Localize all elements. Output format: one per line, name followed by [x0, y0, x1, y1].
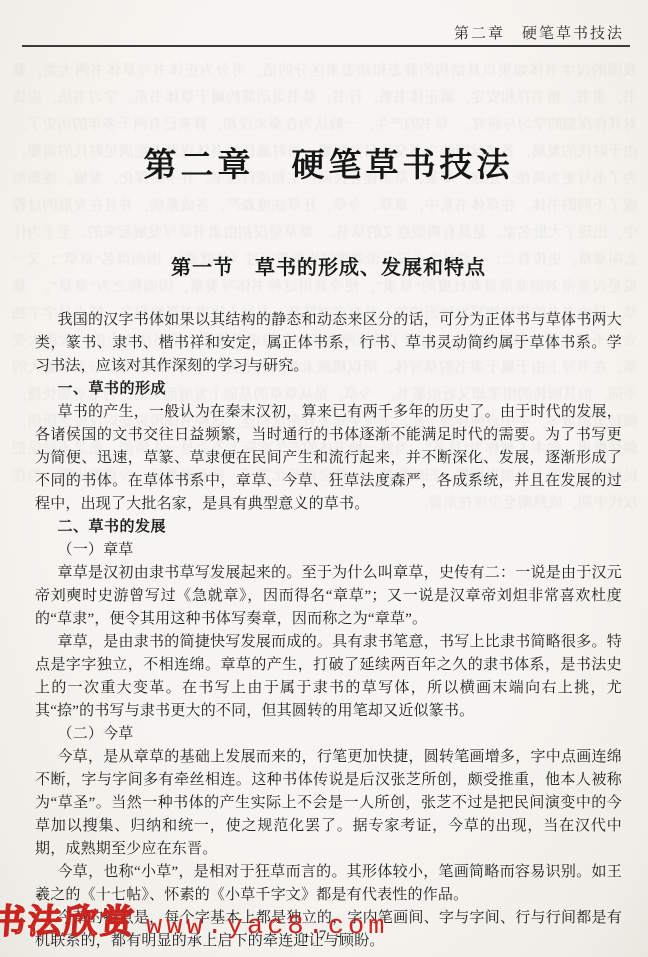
- heading-development: 二、草书的发展: [35, 516, 622, 539]
- section-title: 第一节 草书的形成、发展和特点: [35, 253, 622, 283]
- scanned-book-page: 我国的汉字书体如果以其结构的静态和动态来区分的话，可分为正体书与草体书两大类，篆…: [0, 0, 648, 957]
- body-text: 我国的汉字书体如果以其结构的静态和动态来区分的话，可分为正体书与草体书两大类，篆…: [35, 309, 622, 953]
- paragraph-formation: 草书的产生，一般认为在秦末汉初，算来已有两千多年的历史了。由于时代的发展，各诸侯…: [35, 401, 622, 516]
- paragraph-intro: 我国的汉字书体如果以其结构的静态和动态来区分的话，可分为正体书与草体书两大类，篆…: [35, 309, 622, 378]
- paragraph-jincao-2: 今草，也称“小草”，是相对于狂草而言的。其形体较小，笔画简略而容易识别。如王羲之…: [35, 861, 622, 907]
- paragraph-zhangcao-1: 章草是汉初由隶书草写发展起来的。至于为什么叫章草，史传有二：一说是由于汉元帝刘奭…: [35, 562, 622, 631]
- page-number: - 7 -: [0, 928, 648, 945]
- subheading-jincao: （二）今草: [35, 723, 622, 746]
- paragraph-jincao-1: 今草，是从章草的基础上发展而来的，行笔更加快捷，圆转笔画增多，字中点画连绵不断，…: [35, 746, 622, 861]
- paragraph-zhangcao-2: 章草，是由隶书的简捷快写发展而成的。具有隶书笔意，书写上比隶书简略很多。特点是字…: [35, 631, 622, 723]
- chapter-title: 第二章 硬笔草书技法: [35, 143, 622, 189]
- heading-formation: 一、草书的形成: [35, 378, 622, 401]
- subheading-zhangcao: （一）章草: [35, 539, 622, 562]
- page-content: 第二章 硬笔草书技法 第一节 草书的形成、发展和特点 我国的汉字书体如果以其结构…: [35, 0, 622, 953]
